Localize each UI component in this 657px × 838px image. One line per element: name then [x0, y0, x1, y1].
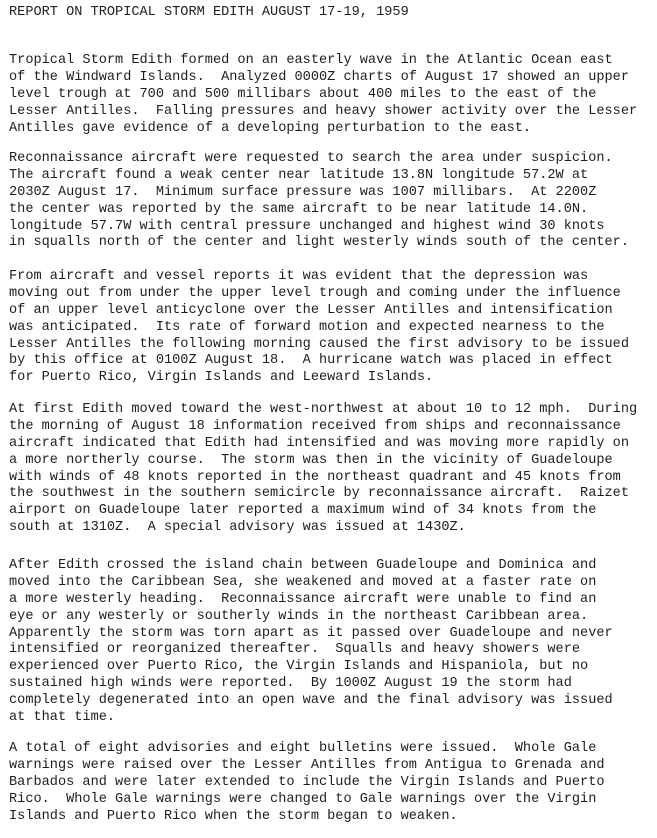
- text-line: the center was reported by the same airc…: [9, 202, 629, 219]
- text-line: warnings were raised over the Lesser Ant…: [9, 758, 605, 775]
- text-line: Lesser Antilles. Falling pressures and h…: [9, 104, 637, 121]
- paragraph-weakening: After Edith crossed the island chain bet…: [9, 558, 613, 727]
- text-line: longitude 57.7W with central pressure un…: [9, 219, 629, 236]
- text-line: by this office at 0100Z August 18. A hur…: [9, 353, 629, 370]
- paragraph-formation: Tropical Storm Edith formed on an easter…: [9, 53, 637, 137]
- text-line: level trough at 700 and 500 millibars ab…: [9, 87, 637, 104]
- text-line: experienced over Puerto Rico, the Virgin…: [9, 659, 613, 676]
- paragraph-movement: At first Edith moved toward the west-nor…: [9, 402, 637, 537]
- text-line: moved into the Caribbean Sea, she weaken…: [9, 575, 613, 592]
- report-title: REPORT ON TROPICAL STORM EDITH AUGUST 17…: [9, 4, 409, 21]
- text-line: From aircraft and vessel reports it was …: [9, 269, 629, 286]
- text-line: the morning of August 18 information rec…: [9, 419, 637, 436]
- text-line: Antilles gave evidence of a developing p…: [9, 121, 637, 138]
- text-line: Reconnaissance aircraft were requested t…: [9, 151, 629, 168]
- text-line: Rico. Whole Gale warnings were changed t…: [9, 792, 605, 809]
- text-line: The aircraft found a weak center near la…: [9, 168, 629, 185]
- text-line: of an upper level anticyclone over the L…: [9, 303, 629, 320]
- text-line: sustained high winds were reported. By 1…: [9, 676, 613, 693]
- paragraph-warnings: A total of eight advisories and eight bu…: [9, 741, 605, 825]
- text-line: completely degenerated into an open wave…: [9, 693, 613, 710]
- paragraph-reconnaissance: Reconnaissance aircraft were requested t…: [9, 151, 629, 252]
- text-line: A total of eight advisories and eight bu…: [9, 741, 605, 758]
- text-line: was anticipated. Its rate of forward mot…: [9, 320, 629, 337]
- text-line: airport on Guadeloupe later reported a m…: [9, 503, 637, 520]
- text-line: in squalls north of the center and light…: [9, 235, 629, 252]
- text-line: Barbados and were later extended to incl…: [9, 775, 605, 792]
- text-line: a more northerly course. The storm was t…: [9, 453, 637, 470]
- text-line: 2030Z August 17. Minimum surface pressur…: [9, 185, 629, 202]
- text-line: of the Windward Islands. Analyzed 0000Z …: [9, 70, 637, 87]
- text-line: at that time.: [9, 710, 613, 727]
- text-line: intensified or reorganized thereafter. S…: [9, 642, 613, 659]
- text-line: After Edith crossed the island chain bet…: [9, 558, 613, 575]
- text-line: with winds of 48 knots reported in the n…: [9, 470, 637, 487]
- text-line: Tropical Storm Edith formed on an easter…: [9, 53, 637, 70]
- text-line: south at 1310Z. A special advisory was i…: [9, 520, 637, 537]
- text-line: for Puerto Rico, Virgin Islands and Leew…: [9, 370, 629, 387]
- text-line: a more westerly heading. Reconnaissance …: [9, 592, 613, 609]
- paragraph-advisory: From aircraft and vessel reports it was …: [9, 269, 629, 387]
- text-line: Apparently the storm was torn apart as i…: [9, 626, 613, 643]
- text-line: aircraft indicated that Edith had intens…: [9, 436, 637, 453]
- text-line: eye or any westerly or southerly winds i…: [9, 609, 613, 626]
- text-line: the southwest in the southern semicircle…: [9, 486, 637, 503]
- text-line: moving out from under the upper level tr…: [9, 286, 629, 303]
- text-line: Islands and Puerto Rico when the storm b…: [9, 809, 605, 826]
- text-line: Lesser Antilles the following morning ca…: [9, 337, 629, 354]
- text-line: At first Edith moved toward the west-nor…: [9, 402, 637, 419]
